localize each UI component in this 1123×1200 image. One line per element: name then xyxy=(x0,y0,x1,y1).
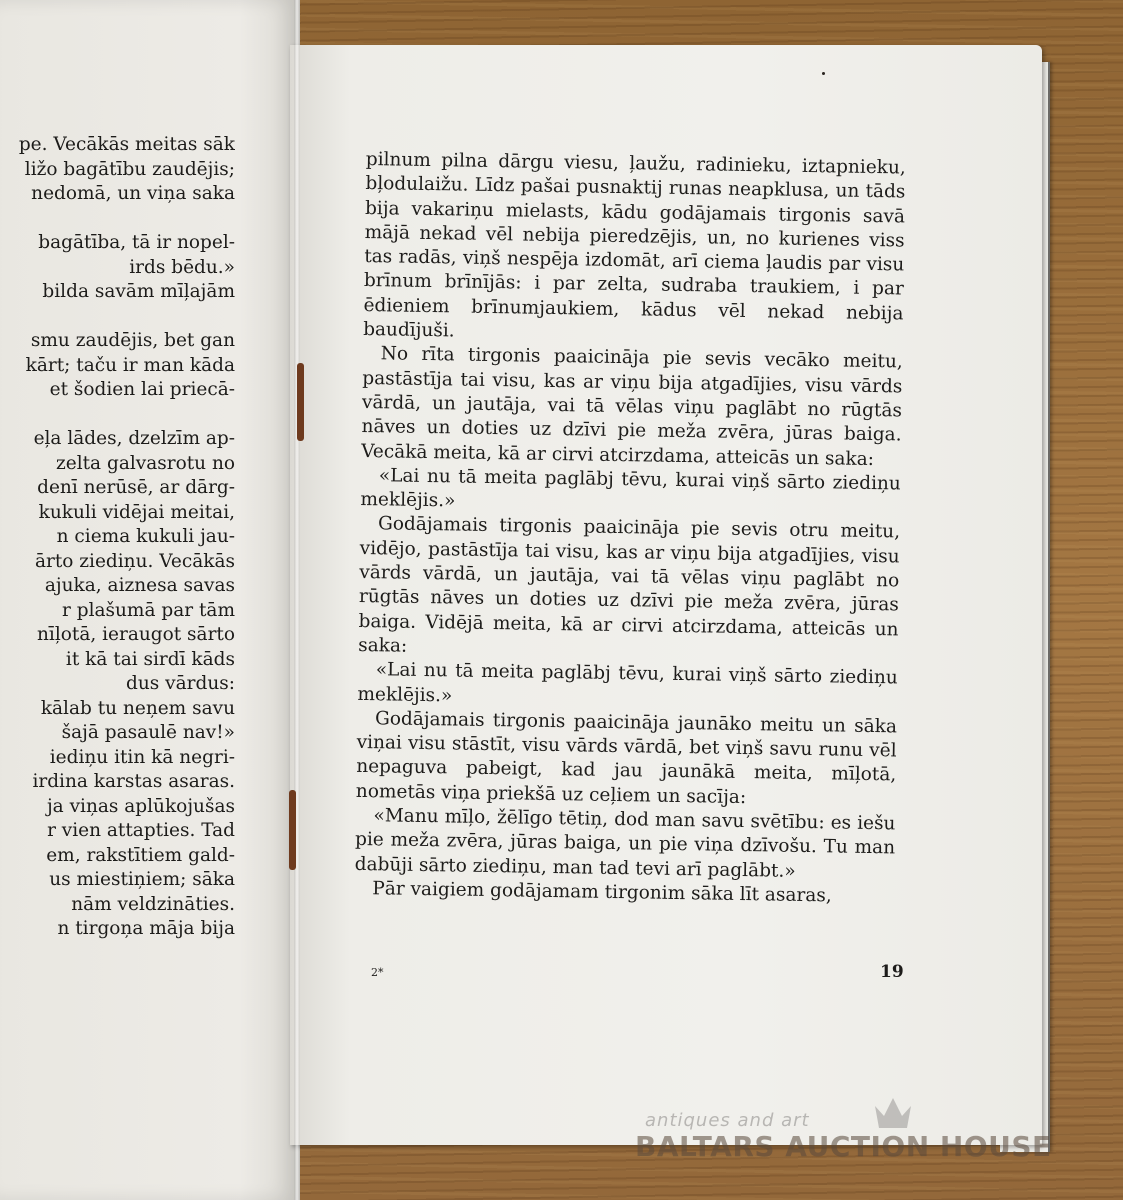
text-line: eļa lādes, dzelzīm ap- xyxy=(0,427,235,452)
text-line: kālab tu neņem savu xyxy=(0,697,235,722)
text-line: irdina karstas asaras. xyxy=(0,770,235,795)
binding-thread-top xyxy=(297,363,304,441)
left-page: pe. Vecākās meitas sākližo bagātību zaud… xyxy=(0,0,300,1200)
paragraph: Godājamais tirgonis paaicināja pie sevis… xyxy=(358,512,900,666)
text-line: kukuli vidējai meitai, xyxy=(0,501,235,526)
crown-icon xyxy=(873,1096,913,1130)
text-line: r vien attapties. Tad xyxy=(0,819,235,844)
text-line: n ciema kukuli jau- xyxy=(0,525,235,550)
text-line xyxy=(0,207,235,232)
page-number: 19 xyxy=(880,962,904,982)
text-line: bagātība, tā ir nopel- xyxy=(0,231,235,256)
text-line: zelta galvasrotu no xyxy=(0,452,235,477)
text-line: šajā pasaulē nav!» xyxy=(0,721,235,746)
text-line: nedomā, un viņa saka xyxy=(0,182,235,207)
paragraph: No rīta tirgonis paaicināja pie sevis ve… xyxy=(361,342,903,472)
text-line xyxy=(0,403,235,428)
text-line: ja viņas aplūkojušas xyxy=(0,795,235,820)
quote: «Lai nu tā meita paglābj tēvu, kurai viņ… xyxy=(357,658,898,715)
quote: «Manu mīļo, žēlīgo tētiņ, dod man savu s… xyxy=(355,804,896,885)
text-line: it kā tai sirdī kāds xyxy=(0,648,235,673)
watermark-tagline: antiques and art xyxy=(645,1110,810,1131)
right-page-text: pilnum pilna dārgu viesu, ļaužu, radinie… xyxy=(354,148,906,910)
text-line: nīļotā, ieraugot sārto xyxy=(0,623,235,648)
quote: «Lai nu tā meita paglābj tēvu, kurai viņ… xyxy=(360,464,901,521)
text-line: et šodien lai priecā- xyxy=(0,378,235,403)
text-line: pe. Vecākās meitas sāk xyxy=(0,133,235,158)
left-page-text: pe. Vecākās meitas sākližo bagātību zaud… xyxy=(0,133,235,942)
paragraph: Godājamais tirgonis paaicināja jaunāko m… xyxy=(356,707,897,813)
text-line: r plašumā par tām xyxy=(0,599,235,624)
text-line: us miestiņiem; sāka xyxy=(0,868,235,893)
text-line: dus vārdus: xyxy=(0,672,235,697)
text-line: n tirgoņa māja bija xyxy=(0,917,235,942)
text-line: ližo bagātību zaudējis; xyxy=(0,158,235,183)
text-line: bilda savām mīļajām xyxy=(0,280,235,305)
text-line: kārt; taču ir man kāda xyxy=(0,354,235,379)
binding-thread-bottom xyxy=(289,790,296,870)
paper-speck xyxy=(822,72,825,75)
signature-mark: 2* xyxy=(371,966,384,979)
watermark: antiques and art BALTARS AUCTION HOUSE xyxy=(645,1108,1065,1168)
watermark-brand: BALTARS AUCTION HOUSE xyxy=(635,1130,1052,1163)
text-line: denī nerūsē, ar dārg- xyxy=(0,476,235,501)
text-line: ajuka, aiznesa savas xyxy=(0,574,235,599)
book-gutter xyxy=(294,0,300,1200)
text-line: em, rakstītiem gald- xyxy=(0,844,235,869)
text-line: nām veldzināties. xyxy=(0,893,235,918)
text-line: irds bēdu.» xyxy=(0,256,235,281)
paragraph: pilnum pilna dārgu viesu, ļaužu, radinie… xyxy=(363,148,906,351)
text-line: iediņu itin kā negri- xyxy=(0,746,235,771)
text-line: smu zaudējis, bet gan xyxy=(0,329,235,354)
text-line: ārto ziediņu. Vecākās xyxy=(0,550,235,575)
text-line xyxy=(0,305,235,330)
